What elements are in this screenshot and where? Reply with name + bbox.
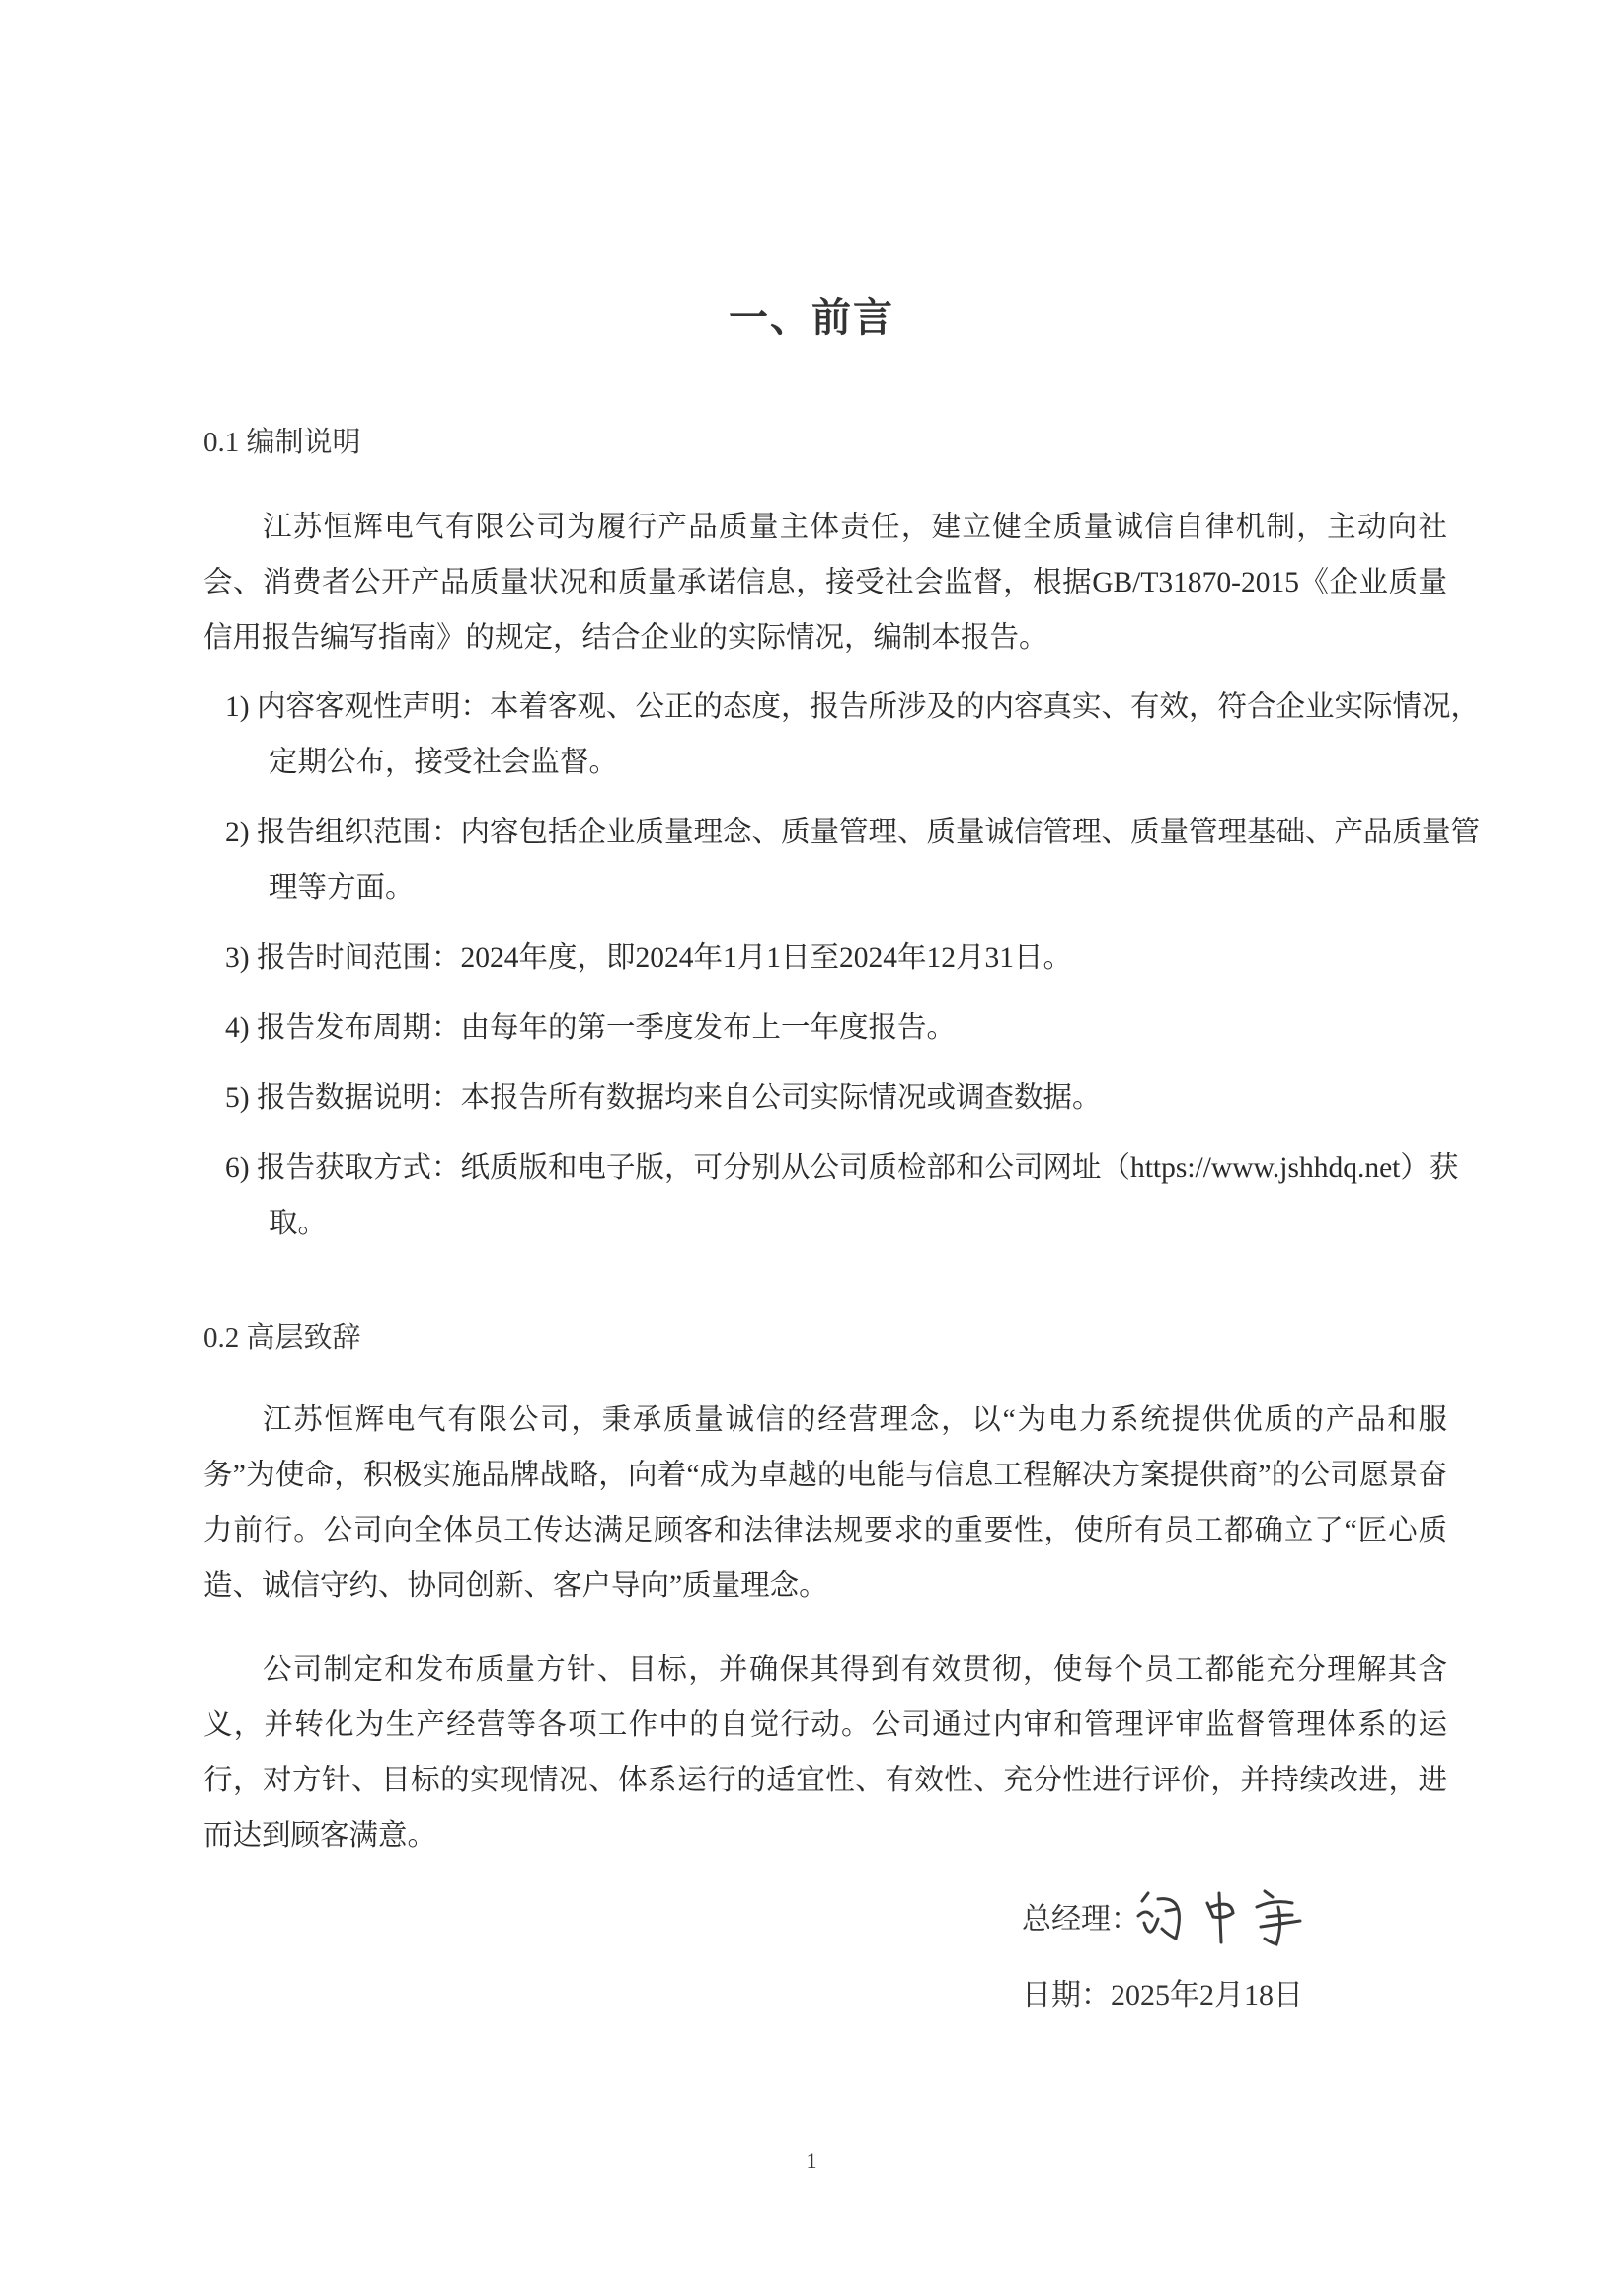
- list-item-release-cycle: 4) 报告发布周期：由每年的第一季度发布上一年度报告。: [225, 1000, 1493, 1056]
- signature-date: 日期：2025年2月18日: [1022, 1970, 1303, 2014]
- compilation-intro-paragraph: 江苏恒辉电气有限公司为履行产品质量主体责任，建立健全质量诚信自律机制，主动向社会…: [203, 500, 1447, 666]
- list-item-data-note: 5) 报告数据说明：本报告所有数据均来自公司实际情况或调查数据。: [225, 1070, 1493, 1126]
- section-heading-leadership: 0.2 高层致辞: [203, 1315, 361, 1356]
- page-title: 一、前言: [0, 286, 1623, 343]
- leadership-paragraph-2: 公司制定和发布质量方针、目标，并确保其得到有效贯彻，使每个员工都能充分理解其含义…: [203, 1642, 1447, 1863]
- list-item-access: 6) 报告获取方式：纸质版和电子版，可分别从公司质检部和公司网址（https:/…: [225, 1141, 1493, 1251]
- section-heading-compilation: 0.1 编制说明: [203, 420, 361, 460]
- list-item-scope: 2) 报告组织范围：内容包括企业质量理念、质量管理、质量诚信管理、质量管理基础、…: [225, 805, 1493, 915]
- leadership-paragraph-1: 江苏恒辉电气有限公司，秉承质量诚信的经营理念，以“为电力系统提供优质的产品和服务…: [203, 1392, 1447, 1614]
- handwritten-signature-icon: [1128, 1871, 1326, 1950]
- signature-label: 总经理：: [1022, 1894, 1140, 1938]
- page-number: 1: [0, 2148, 1623, 2174]
- list-item-objectivity: 1) 内容客观性声明：本着客观、公正的态度，报告所涉及的内容真实、有效，符合企业…: [225, 679, 1493, 790]
- list-item-time-range: 3) 报告时间范围：2024年度，即2024年1月1日至2024年12月31日。: [225, 930, 1493, 986]
